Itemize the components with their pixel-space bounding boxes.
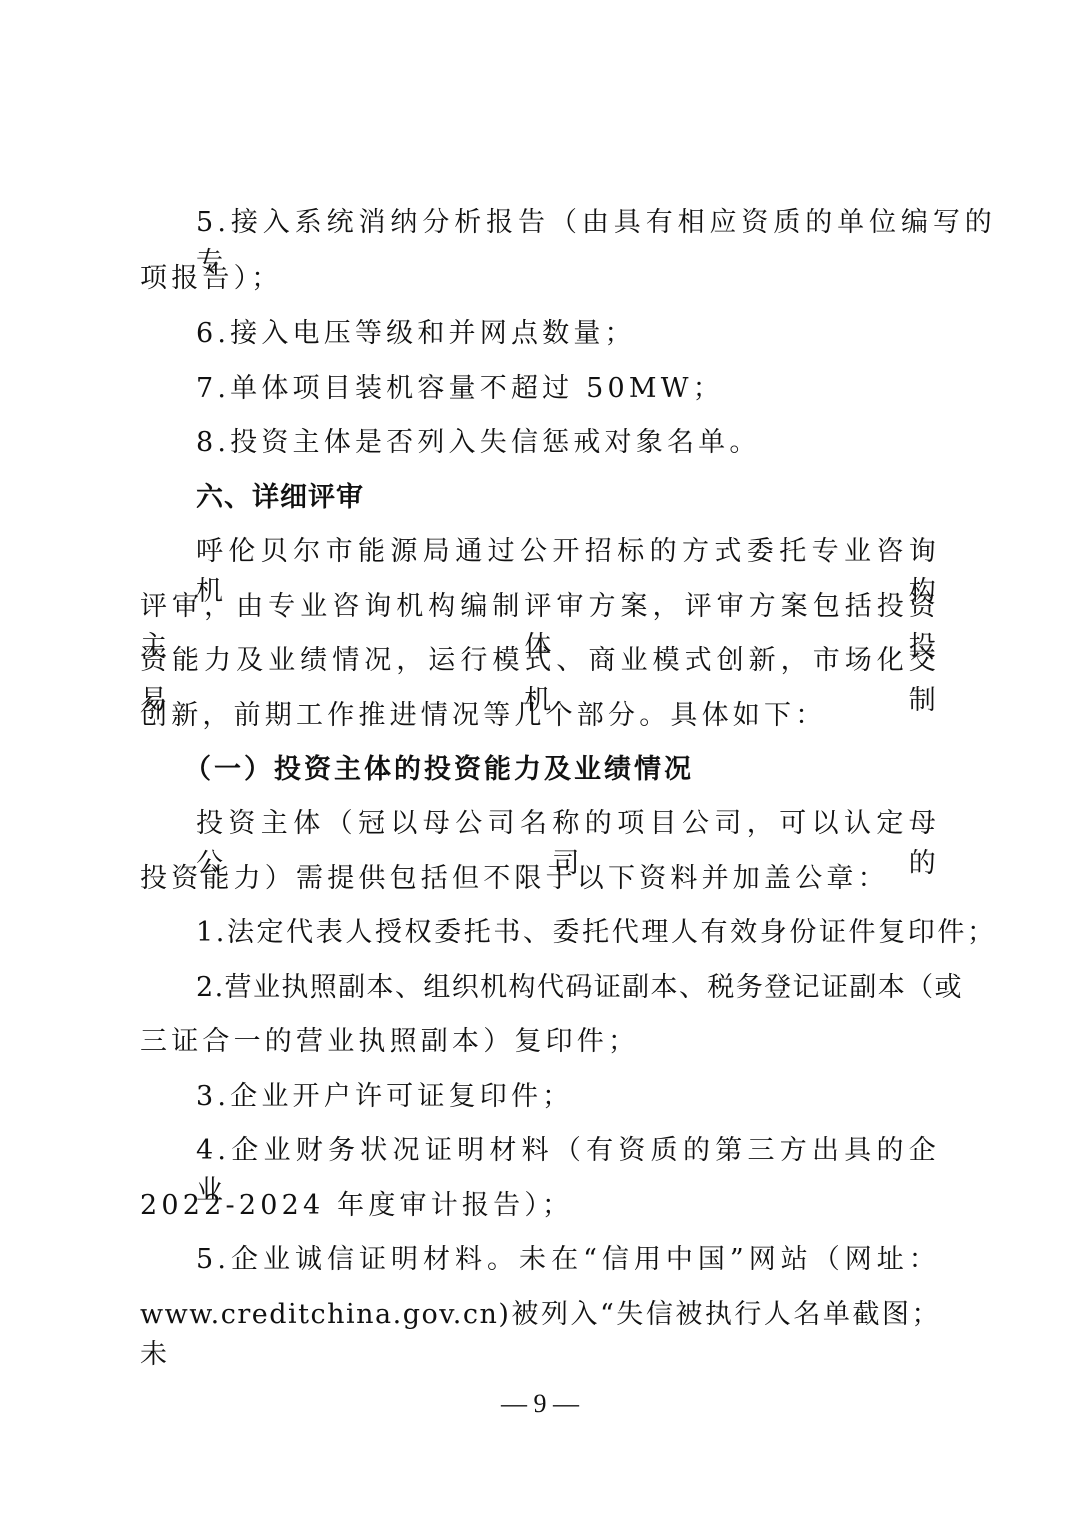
- paragraph-2-line2: 投资能力）需提供包括但不限于以下资料并加盖公章：: [140, 859, 940, 899]
- doc-item-1: 1.法定代表人授权委托书、委托代理人有效身份证件复印件；: [196, 913, 996, 953]
- doc-item-5-line2: www.creditchina.gov.cn)被列入“失信被执行人名单截图；未: [140, 1295, 940, 1375]
- doc-item-4-line2: 2022-2024 年度审计报告）；: [140, 1186, 940, 1226]
- paragraph-1-line4: 创新，前期工作推进情况等几个部分。具体如下：: [140, 696, 940, 736]
- doc-item-3: 3.企业开户许可证复印件；: [196, 1077, 996, 1117]
- section-heading-6: 六、详细评审: [196, 478, 996, 518]
- doc-item-2-line1: 2.营业执照副本、组织机构代码证副本、税务登记证副本（或: [196, 968, 996, 1008]
- list-item-8: 8.投资主体是否列入失信惩戒对象名单。: [196, 423, 996, 463]
- subsection-heading-1: （一）投资主体的投资能力及业绩情况: [184, 750, 984, 790]
- doc-item-5-line1: 5.企业诚信证明材料。未在“信用中国”网站（网址：: [196, 1240, 940, 1280]
- page-number: — 9 —: [0, 1386, 1080, 1422]
- doc-item-2-line2: 三证合一的营业执照副本）复印件；: [140, 1022, 940, 1062]
- list-item-7: 7.单体项目装机容量不超过 50MW；: [196, 369, 996, 409]
- list-item-6: 6.接入电压等级和并网点数量；: [196, 314, 996, 354]
- list-item-5-line2: 项报告）；: [140, 259, 940, 299]
